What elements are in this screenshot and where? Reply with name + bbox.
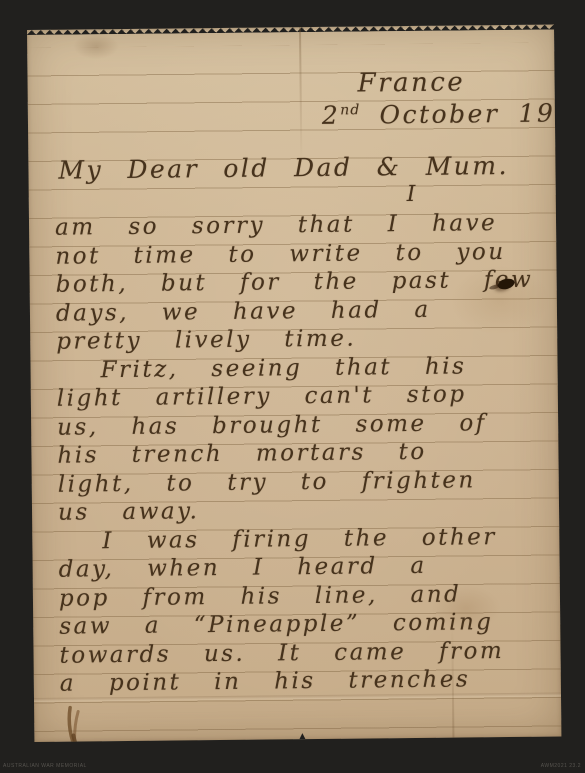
- letter-place: France: [357, 67, 465, 98]
- catalog-reference: AWM2021 23.2: [541, 763, 581, 769]
- paper-nick: [299, 733, 305, 739]
- letter-line: us, has brought some of: [57, 408, 546, 442]
- date-day: 2: [322, 101, 341, 130]
- letter-line: I was firing the other: [58, 522, 547, 556]
- date-ordinal: nd: [340, 102, 360, 118]
- date-month-year: October 1916: [379, 98, 561, 129]
- letter-line: saw a “Pineapple” coming: [59, 608, 548, 642]
- letter-line: am so sorry that I have: [55, 209, 544, 243]
- letter-date: 2nd October 1916: [322, 98, 562, 130]
- letter-photo: France 2nd October 1916 My Dear old Dad …: [0, 0, 585, 773]
- letter-body: am so sorry that I have not time to writ…: [55, 209, 549, 699]
- letter-paper: France 2nd October 1916 My Dear old Dad …: [27, 24, 561, 741]
- letter-salutation: My Dear old Dad & Mum.: [58, 151, 509, 185]
- letter-line: towards us. It came from: [59, 636, 548, 670]
- letter-line: a point in his trenches: [60, 665, 549, 699]
- torn-edge: [27, 24, 554, 35]
- archive-watermark: AUSTRALIAN WAR MEMORIAL: [3, 763, 87, 769]
- letter-line: light, to try to frighten: [58, 465, 547, 499]
- letter-line: both, but for the past few: [56, 266, 545, 300]
- ink-smudge: [64, 705, 90, 742]
- salutation-carry-letter: I: [407, 182, 418, 207]
